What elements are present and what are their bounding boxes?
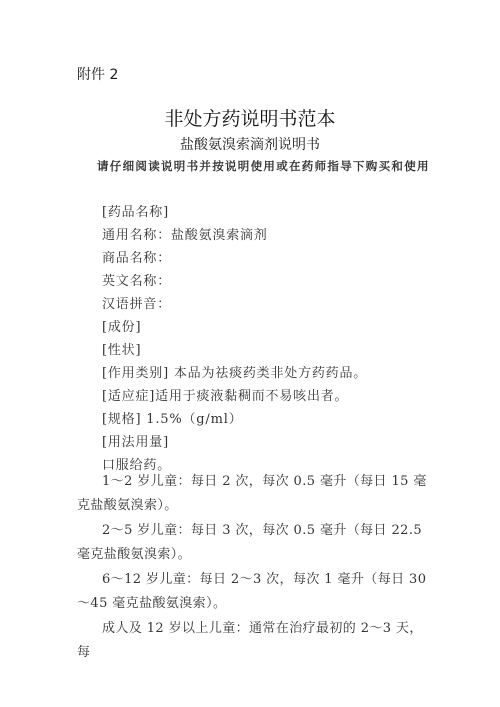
section-ingredients: [成份] xyxy=(102,316,141,335)
dosage-1-2-years: 1～2 岁儿童：每日 2 次，每次 0.5 毫升（每日 15 毫克盐酸氨溴索）。 xyxy=(77,470,427,518)
section-drug-name-heading: [药品名称] xyxy=(102,201,169,220)
section-specification: [规格] 1.5%（g/ml） xyxy=(102,408,243,427)
document-subtitle: 盐酸氨溴索滴剂说明书 xyxy=(0,134,500,154)
pinyin-name: 汉语拼音： xyxy=(102,293,171,312)
section-dosage-heading: [用法用量] xyxy=(102,431,169,450)
dosage-adults: 成人及 12 岁以上儿童：通常在治疗最初的 2～3 天，每 xyxy=(77,617,427,665)
english-name: 英文名称： xyxy=(102,270,171,289)
usage-notice: 请仔细阅读说明书并按说明使用或在药师指导下购买和使用 xyxy=(97,158,430,174)
document-title: 非处方药说明书范本 xyxy=(0,104,500,131)
dosage-2-5-years: 2～5 岁儿童：每日 3 次，每次 0.5 毫升（每日 22.5 毫克盐酸氨溴索… xyxy=(77,519,427,567)
dosage-6-12-years: 6～12 岁儿童：每日 2～3 次，每次 1 毫升（每日 30～45 毫克盐酸氨… xyxy=(77,568,427,616)
section-action-category: [作用类别] 本品为祛痰药类非处方药药品。 xyxy=(102,362,367,381)
section-indications: [适应症]适用于痰液黏稠而不易咳出者。 xyxy=(102,385,348,404)
section-properties: [性状] xyxy=(102,339,141,358)
attachment-label: 附件 2 xyxy=(77,64,118,84)
generic-name: 通用名称：盐酸氨溴索滴剂 xyxy=(102,224,268,243)
trade-name: 商品名称： xyxy=(102,247,171,266)
